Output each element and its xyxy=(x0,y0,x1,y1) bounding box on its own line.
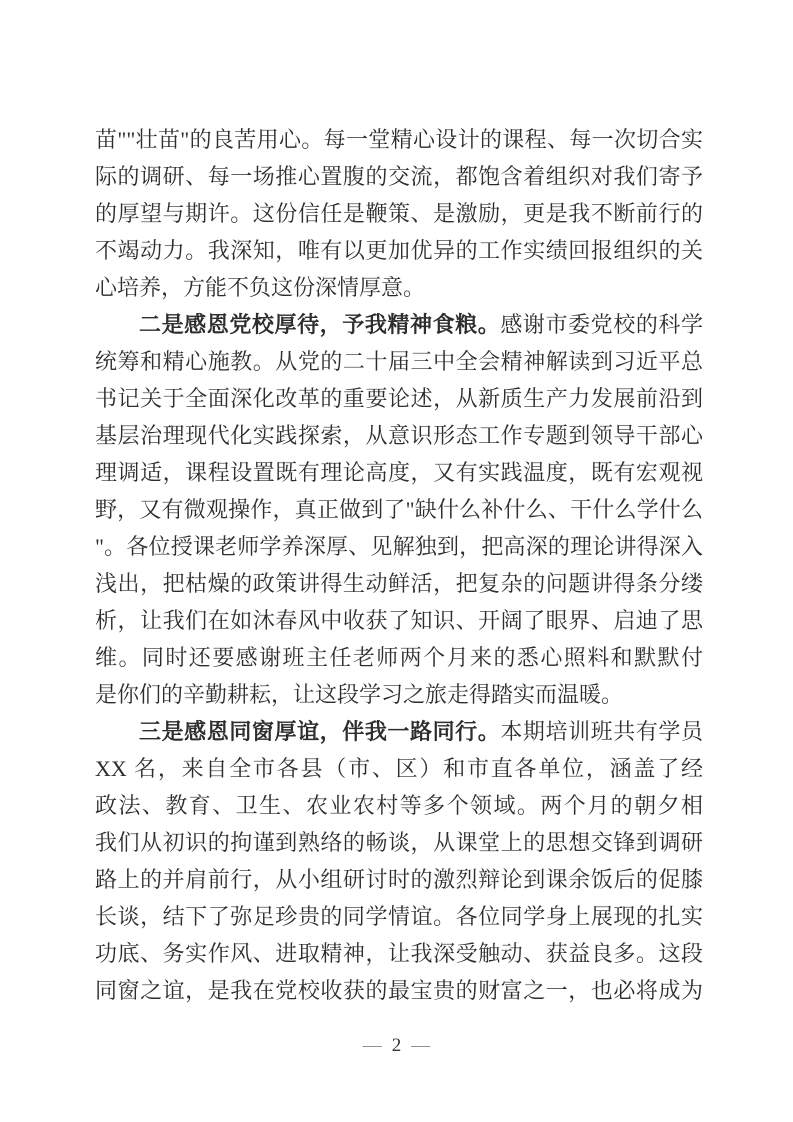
lead-line-rest: 本期培训班共有学员 xyxy=(500,719,703,744)
text-line: 的厚望与期许。这份信任是鞭策、是激励，更是我不断前行的 xyxy=(95,195,703,232)
document-page: 苗""壮苗"的良苦用心。每一堂精心设计的课程、每一次切合实 际的调研、每一场推心… xyxy=(0,0,793,1122)
text-line: 基层治理现代化实践探索，从意识形态工作专题到领导干部心 xyxy=(95,417,703,454)
text-line: 三是感恩同窗厚谊，伴我一路同行。本期培训班共有学员 xyxy=(95,713,703,750)
lead-in-bold-text: 三是感恩同窗厚谊，伴我一路同行。 xyxy=(139,719,500,744)
text-line: 路上的并肩前行，从小组研讨时的激烈辩论到课余饭后的促膝 xyxy=(95,861,703,898)
lead-in-bold-text: 二是感恩党校厚待，予我精神食粮。 xyxy=(139,312,500,337)
page-footer: —2— xyxy=(0,1033,793,1059)
paragraph-third-point: 三是感恩同窗厚谊，伴我一路同行。本期培训班共有学员 XX 名，来自全市各县（市、… xyxy=(95,713,703,1009)
text-line: 理调适，课程设置既有理论高度，又有实践温度，既有宏观视 xyxy=(95,454,703,491)
text-line: 我们从初识的拘谨到熟络的畅谈，从课堂上的思想交锋到调研 xyxy=(95,824,703,861)
text-line: 析，让我们在如沐春风中收获了知识、开阔了眼界、启迪了思 xyxy=(95,602,703,639)
text-line: 维。同时还要感谢班主任老师两个月来的悉心照料和默默付出， xyxy=(95,639,703,676)
text-line: 不竭动力。我深知，唯有以更加优异的工作实绩回报组织的关 xyxy=(95,232,703,269)
text-line: 浅出，把枯燥的政策讲得生动鲜活，把复杂的问题讲得条分缕 xyxy=(95,565,703,602)
footer-right-dash: — xyxy=(411,1035,430,1056)
text-line: XX 名，来自全市各县（市、区）和市直各单位，涵盖了经济、 xyxy=(95,750,703,787)
text-line: 功底、务实作风、进取精神，让我深受触动、获益良多。这段 xyxy=(95,935,703,972)
text-line: "。各位授课老师学养深厚、见解独到，把高深的理论讲得深入 xyxy=(95,528,703,565)
text-line: 二是感恩党校厚待，予我精神食粮。感谢市委党校的科学 xyxy=(95,306,703,343)
text-line: 苗""壮苗"的良苦用心。每一堂精心设计的课程、每一次切合实 xyxy=(95,121,703,158)
footer-left-dash: — xyxy=(363,1035,382,1056)
lead-line-rest: 感谢市委党校的科学 xyxy=(500,312,703,337)
text-line: 政法、教育、卫生、农业农村等多个领域。两个月的朝夕相处， xyxy=(95,787,703,824)
text-line: 同窗之谊，是我在党校收获的最宝贵的财富之一，也必将成为 xyxy=(95,972,703,1009)
page-number: 2 xyxy=(392,1035,402,1056)
paragraph-second-point: 二是感恩党校厚待，予我精神食粮。感谢市委党校的科学 统筹和精心施教。从党的二十届… xyxy=(95,306,703,713)
text-line: 际的调研、每一场推心置腹的交流，都饱含着组织对我们寄予 xyxy=(95,158,703,195)
text-line: 统筹和精心施教。从党的二十届三中全会精神解读到习近平总 xyxy=(95,343,703,380)
text-line: 长谈，结下了弥足珍贵的同学情谊。各位同学身上展现的扎实 xyxy=(95,898,703,935)
text-line: 是你们的辛勤耕耘，让这段学习之旅走得踏实而温暖。 xyxy=(95,676,703,713)
document-body: 苗""壮苗"的良苦用心。每一堂精心设计的课程、每一次切合实 际的调研、每一场推心… xyxy=(95,121,703,1009)
text-line: 心培养，方能不负这份深情厚意。 xyxy=(95,269,703,306)
text-line: 野，又有微观操作，真正做到了"缺什么补什么、干什么学什么 xyxy=(95,491,703,528)
text-line: 书记关于全面深化改革的重要论述，从新质生产力发展前沿到 xyxy=(95,380,703,417)
paragraph-continuation: 苗""壮苗"的良苦用心。每一堂精心设计的课程、每一次切合实 际的调研、每一场推心… xyxy=(95,121,703,306)
